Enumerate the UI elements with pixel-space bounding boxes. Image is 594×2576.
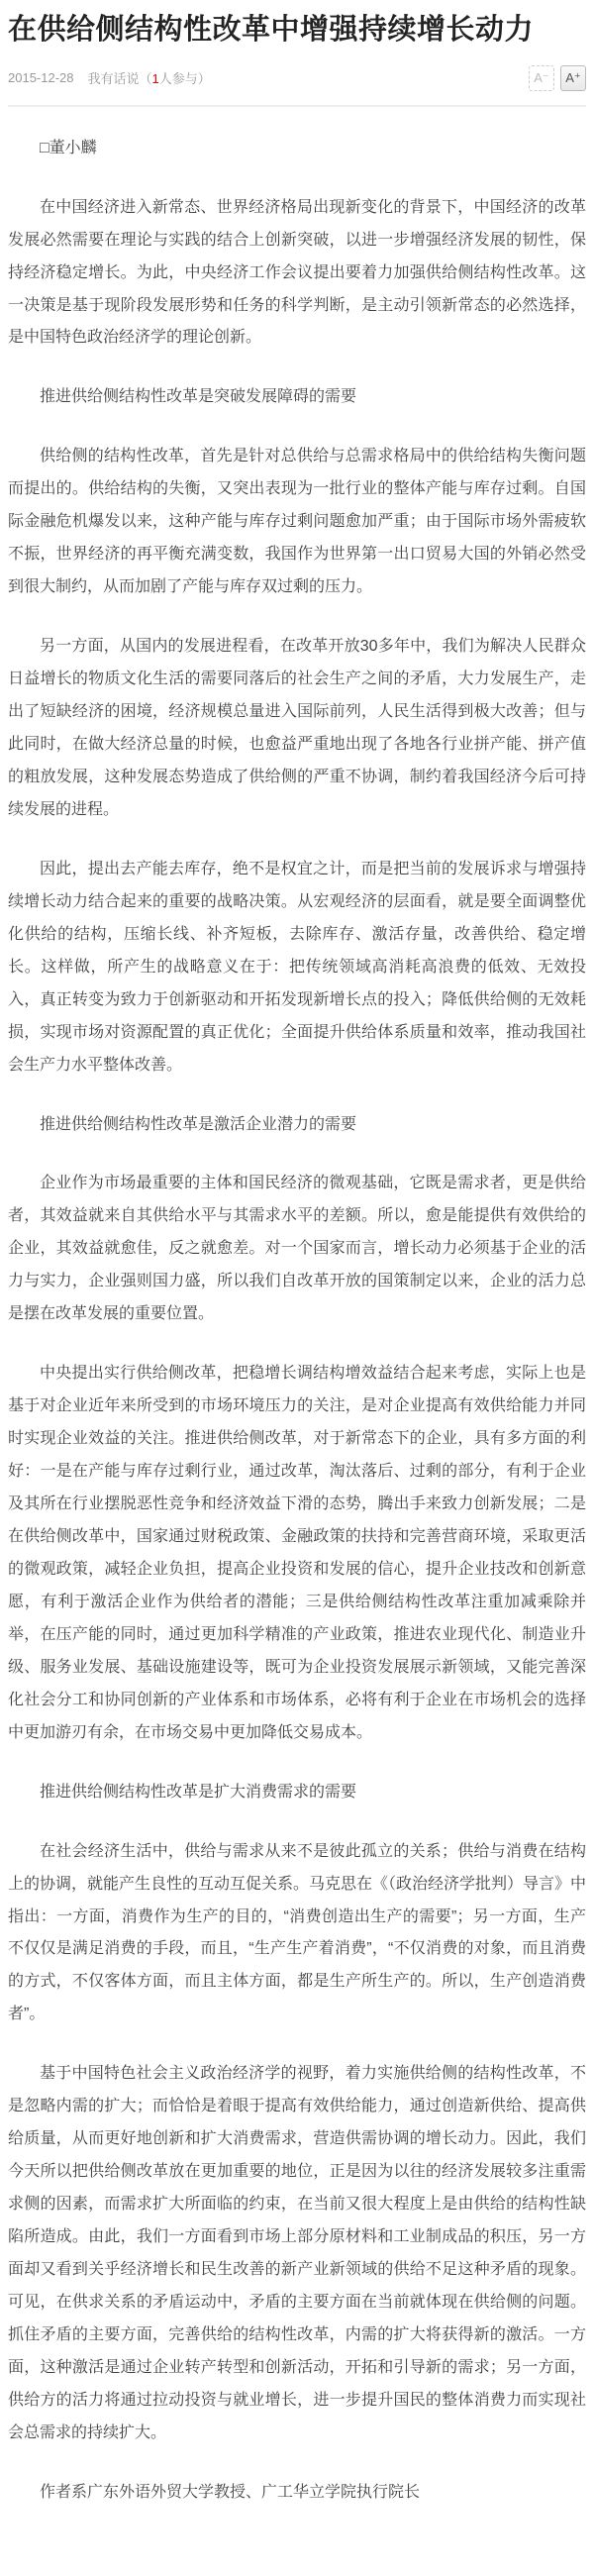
article-meta-bar: 2015-12-28 我有话说（1人参与） A⁻ A⁺ (8, 65, 586, 107)
comments-link-suffix: 人参与） (159, 71, 211, 86)
paragraph: 在中国经济进入新常态、世界经济格局出现新变化的背景下，中国经济的改革发展必然需要… (8, 192, 586, 356)
paragraph: 另一方面，从国内的发展进程看，在改革开放30多年中，我们为解决人民群众日益增长的… (8, 631, 586, 827)
page-title: 在供给侧结构性改革中增强持续增长动力 (8, 6, 586, 52)
paragraph: 供给侧的结构性改革，首先是针对总供给与总需求格局中的供给结构失衡问题而提出的。供… (8, 441, 586, 604)
paragraph: 在社会经济生活中，供给与需求从来不是彼此孤立的关系；供给与消费在结构上的协调，就… (8, 1836, 586, 2032)
section-heading: 推进供给侧结构性改革是扩大消费需求的需要 (8, 1777, 586, 1809)
font-size-controls: A⁻ A⁺ (529, 65, 586, 91)
paragraph: 企业作为市场最重要的主体和国民经济的微观基础，它既是需求者，更是供给者，其效益就… (8, 1168, 586, 1331)
paragraph: 基于中国特色社会主义政治经济学的视野，着力实施供给侧的结构性改革，不是忽略内需的… (8, 2058, 586, 2449)
article-body: □董小麟 在中国经济进入新常态、世界经济格局出现新变化的背景下，中国经济的改革发… (8, 133, 586, 2510)
font-smaller-button[interactable]: A⁻ (529, 65, 554, 91)
section-heading: 推进供给侧结构性改革是激活企业潜力的需要 (8, 1109, 586, 1142)
paragraph: 中央提出实行供给侧改革，把稳增长调结构增效益结合起来考虑，实际上也是基于对企业近… (8, 1358, 586, 1749)
comments-link-prefix: 我有话说（ (88, 71, 152, 86)
comments-count: 1 (152, 71, 159, 86)
publish-date: 2015-12-28 (8, 70, 74, 85)
article-page: 在供给侧结构性改革中增强持续增长动力 2015-12-28 我有话说（1人参与）… (0, 0, 594, 2576)
author-line: □董小麟 (8, 133, 586, 165)
font-larger-button[interactable]: A⁺ (560, 65, 586, 91)
section-heading: 推进供给侧结构性改革是突破发展障碍的需要 (8, 381, 586, 414)
article-meta: 2015-12-28 我有话说（1人参与） (8, 68, 211, 87)
author-note: 作者系广东外语外贸大学教授、广工华立学院执行院长 (8, 2477, 586, 2510)
comments-link[interactable]: 我有话说（1人参与） (88, 68, 211, 87)
paragraph: 因此，提出去产能去库存，绝不是权宜之计，而是把当前的发展诉求与增强持续增长动力结… (8, 854, 586, 1082)
